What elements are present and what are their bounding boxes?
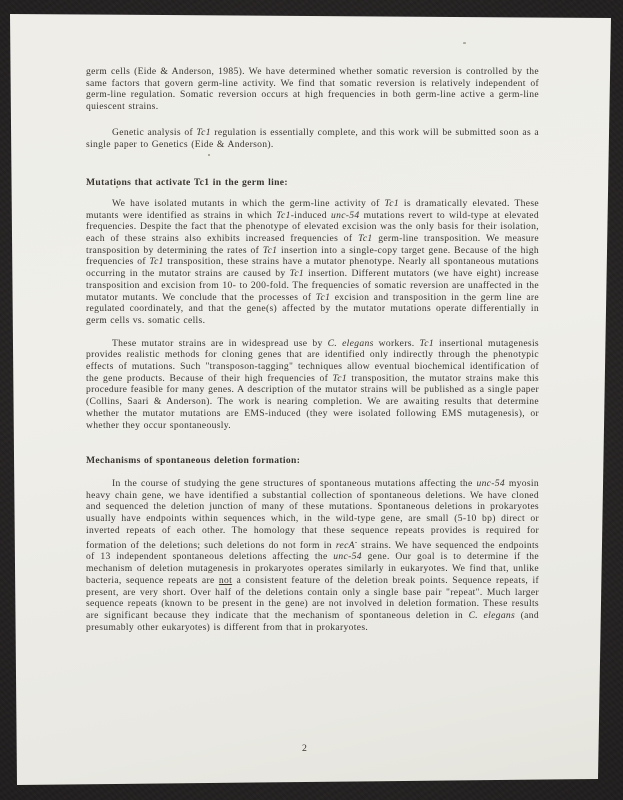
text-run: -induced [291,210,331,221]
text-run-i: Tc1 [333,373,347,384]
text-run-i: unc-54 [331,210,360,221]
paragraph-transposon-tagging: These mutator strains are in widespread … [86,338,539,432]
paper-speck [463,42,466,44]
text-run-i: C. elegans [328,338,374,349]
text-run-i: Tc1 [276,210,290,221]
text-run: germ cells (Eide & Anderson, 1985). We h… [86,66,539,112]
text-run: Genetic analysis of [112,127,196,138]
paper-speck [116,186,118,188]
page-number: 2 [8,743,601,754]
text-run: We have isolated mutants in which the ge… [112,198,385,209]
page-content: germ cells (Eide & Anderson, 1985). We h… [8,12,615,633]
text-run-i: Tc1 [149,256,163,267]
text-run: In the course of studying the gene struc… [112,478,476,489]
text-run-i: Tc1 [358,233,372,244]
paper-speck [208,154,210,156]
section-heading-spontaneous-deletion: Mechanisms of spontaneous deletion forma… [86,455,539,467]
paragraph-somatic-reversion: germ cells (Eide & Anderson, 1985). We h… [86,66,539,113]
text-run-i: Tc1 [385,198,399,209]
text-run-i: unc-54 [333,551,362,562]
photo-mat-background: germ cells (Eide & Anderson, 1985). We h… [0,0,623,800]
paragraph-deletion-mechanism: In the course of studying the gene struc… [86,478,539,633]
text-run-i: Tc1 [316,292,330,303]
text-run-u: not [219,575,232,586]
text-run: Mechanisms of spontaneous deletion forma… [86,455,300,466]
text-run-i: Tc1 [420,338,434,349]
text-run-i: recA [336,540,355,551]
text-run-i: Tc1 [290,268,304,279]
text-run: These mutator strains are in widespread … [112,338,328,349]
paragraph-mutator-strains: We have isolated mutants in which the ge… [86,198,539,327]
document-page: germ cells (Eide & Anderson, 1985). We h… [8,12,615,788]
section-heading-mutations-activate-tc1: Mutations that activate Tc1 in the germ … [86,177,539,189]
text-run-i: Tc1 [196,127,210,138]
text-run: workers. [374,338,420,349]
paragraph-genetic-analysis: Genetic analysis of Tc1 regulation is es… [86,127,539,150]
text-run-i: Tc1 [263,245,277,256]
text-run-i: C. elegans [469,610,516,621]
text-run-i: unc-54 [476,478,505,489]
